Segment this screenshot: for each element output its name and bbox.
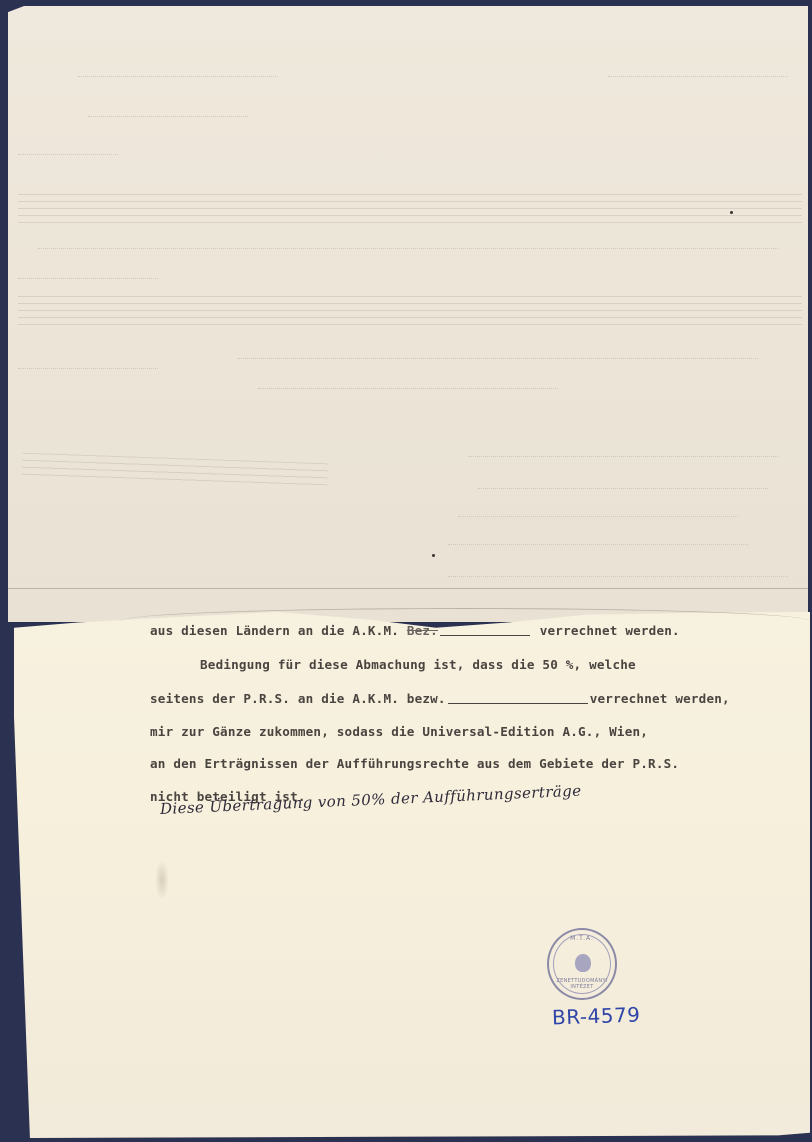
struck-text: Bez. [407, 623, 438, 638]
music-staff-fragment [22, 453, 329, 488]
ink-speck [730, 211, 733, 214]
faint-handwriting [88, 106, 248, 117]
faint-handwriting [458, 506, 738, 517]
faint-handwriting [608, 66, 788, 77]
faint-lyrics [238, 348, 758, 359]
typed-text: verrechnet werden, [590, 691, 730, 706]
faint-handwriting [78, 66, 278, 77]
faint-handwriting [478, 478, 768, 489]
typed-text: aus diesen Ländern an die A.K.M. [150, 623, 407, 638]
blank-line [448, 696, 588, 704]
ink-speck [432, 554, 435, 557]
typed-line-1: aus diesen Ländern an die A.K.M. Bez. ve… [150, 625, 680, 638]
faint-text [18, 358, 158, 369]
upper-folded-sheet [8, 6, 808, 622]
faint-lyrics [258, 378, 558, 389]
crest-icon [575, 954, 591, 972]
stamp-ring-text: ZENETTUDOMÁNYI INTÉZET [549, 978, 615, 990]
faint-handwriting [448, 566, 788, 577]
fold-line [8, 588, 808, 589]
paper-smudge [155, 860, 169, 900]
music-staff [18, 296, 802, 326]
typed-line-4: mir zur Gänze zukommen, sodass die Unive… [150, 726, 648, 739]
document-scan: aus diesen Ländern an die A.K.M. Bez. ve… [0, 0, 812, 1142]
faint-lyrics [18, 268, 158, 279]
typed-text: seitens der P.R.S. an die A.K.M. bezw. [150, 691, 446, 706]
typed-line-2: Bedingung für diese Abmachung ist, dass … [200, 659, 636, 672]
stamp-top-text: M.T.A. [549, 935, 615, 942]
faint-lyrics [38, 238, 778, 249]
faint-handwriting [18, 144, 118, 155]
typed-line-3: seitens der P.R.S. an die A.K.M. bezw.ve… [150, 693, 730, 706]
faint-handwriting [448, 534, 748, 545]
typed-text: verrechnet werden. [532, 623, 680, 638]
archive-stamp: M.T.A. ZENETTUDOMÁNYI INTÉZET [547, 928, 617, 1000]
faint-handwriting [468, 446, 778, 457]
music-staff [18, 194, 802, 224]
shelfmark: BR-4579 [552, 1002, 641, 1029]
blank-line [440, 628, 530, 636]
typed-line-5: an den Erträgnissen der Aufführungsrecht… [150, 758, 679, 771]
